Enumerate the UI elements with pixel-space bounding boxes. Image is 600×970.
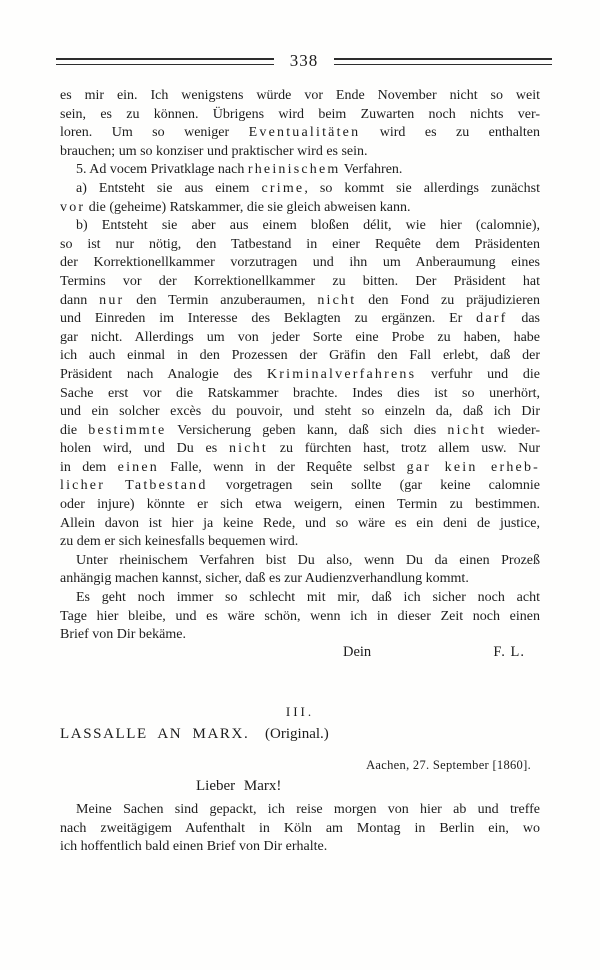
closing-initials: F. L. — [493, 644, 525, 661]
emphasized-text: Kriminalverfahrens — [267, 367, 416, 382]
emphasized-text: nicht — [447, 423, 486, 438]
text-line: Meine Sachen sind gepackt, ich reise mor… — [60, 801, 540, 820]
header-rule-left — [56, 58, 274, 65]
emphasized-text: Eventualitäten — [249, 125, 361, 140]
text-line: so ist nur nötig, den Tatbestand in eine… — [60, 236, 540, 255]
text-line: Allein davon ist hier ja keine Rede, und… — [60, 515, 540, 534]
text-line: und ein solcher excès du pouvoir, und st… — [60, 403, 540, 422]
text-line: 5. Ad vocem Privatklage nach rheinischem… — [60, 161, 540, 180]
letter-ii-body: es mir ein. Ich wenigstens würde vor End… — [60, 87, 540, 645]
text-line: Präsident nach Analogie des Kriminalverf… — [60, 366, 540, 385]
emphasized-text: gar kein erheb- — [407, 460, 540, 475]
text-line: anhängig machen kannst, sicher, daß es z… — [60, 570, 540, 589]
text-line: in dem einen Falle, wenn in der Requête … — [60, 459, 540, 478]
text-line: Brief von Dir bekäme. — [60, 626, 540, 645]
emphasized-text: bestimmte — [88, 423, 166, 438]
text-line: und Einreden im Interesse des Beklagten … — [60, 310, 540, 329]
page-header: 338 — [56, 51, 552, 71]
book-page: 338 es mir ein. Ich wenigstens würde vor… — [0, 0, 600, 970]
signature-row: Dein F. L. — [60, 644, 540, 661]
text-line: sein, es zu können. Übrigens wird beim Z… — [60, 106, 540, 125]
emphasized-text: licher Tatbestand — [60, 478, 208, 493]
salutation: Lieber Marx! — [196, 778, 281, 795]
text-line: Es geht noch immer so schlecht mit mir, … — [60, 589, 540, 608]
emphasized-text: nicht — [229, 441, 268, 456]
text-line: Termins vor der Korrektionellkammer zu b… — [60, 273, 540, 292]
emphasized-text: nur — [99, 293, 124, 308]
section-heading: LASSALLE AN MARX. (Original.) — [60, 726, 329, 743]
text-line: die bestimmte Versicherung geben kann, d… — [60, 422, 540, 441]
text-line: licher Tatbestand vorgetragen sein sollt… — [60, 477, 540, 496]
text-line: dann nur den Termin anzuberaumen, nicht … — [60, 292, 540, 311]
emphasized-text: crime — [261, 181, 304, 196]
emphasized-text: einen — [118, 460, 159, 475]
text-line: ich auch einmal in den Prozessen der Grä… — [60, 347, 540, 366]
text-line: brauchen; um so konziser und praktischer… — [60, 143, 540, 162]
emphasized-text: nicht — [317, 293, 356, 308]
emphasized-text: darf — [476, 311, 507, 326]
text-line: a) Entsteht sie aus einem crime, so komm… — [60, 180, 540, 199]
text-line: vor die (geheime) Ratskammer, die sie gl… — [60, 199, 540, 218]
text-line: b) Entsteht sie aber aus einem bloßen dé… — [60, 217, 540, 236]
text-line: es mir ein. Ich wenigstens würde vor End… — [60, 87, 540, 106]
text-line: Tage hier bleibe, und es wäre schön, wen… — [60, 608, 540, 627]
text-line: holen wird, und Du es nicht zu fürchten … — [60, 440, 540, 459]
closing-word: Dein — [343, 644, 371, 661]
text-line: ich hoffentlich bald einen Brief von Dir… — [60, 838, 540, 857]
text-line: zu dem er sich keinesfalls bequemen wird… — [60, 533, 540, 552]
text-line: nach zweitägigem Aufenthalt in Köln am M… — [60, 820, 540, 839]
emphasized-text: vor — [60, 200, 85, 215]
text-line: loren. Um so weniger Eventualitäten wird… — [60, 124, 540, 143]
letter-iii-body: Meine Sachen sind gepackt, ich reise mor… — [60, 801, 540, 857]
heading-note: (Original.) — [265, 726, 329, 742]
text-line: oder injure) könnte er sich etwa weigern… — [60, 496, 540, 515]
dateline: Aachen, 27. September [1860]. — [60, 758, 531, 773]
header-rule-right — [334, 58, 552, 65]
section-number: III. — [60, 704, 540, 720]
text-line: der Korrektionellkammer vorzutragen und … — [60, 254, 540, 273]
text-line: Unter rheinischem Verfahren bist Du also… — [60, 552, 540, 571]
emphasized-text: rheinischem — [248, 162, 341, 177]
heading-title: LASSALLE AN MARX. — [60, 726, 249, 742]
page-number: 338 — [274, 51, 335, 71]
text-line: gar nicht. Allerdings um von jeder Sorte… — [60, 329, 540, 348]
text-line: Sache erst vor die Ratskammer brachte. I… — [60, 385, 540, 404]
